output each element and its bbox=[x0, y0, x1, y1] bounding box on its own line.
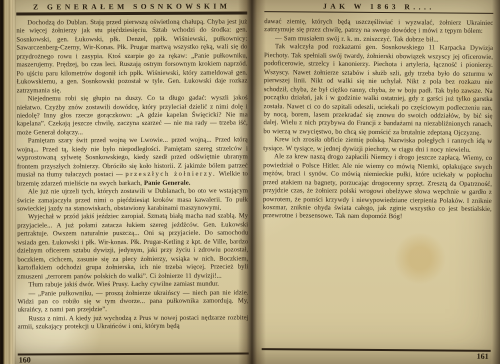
right-footer-rule bbox=[262, 348, 491, 351]
paragraph: Dochodzą do Dublan. Stają przed pierwszą… bbox=[16, 18, 247, 95]
paragraph: Pamiętam szary świt przed wojną we Lwowi… bbox=[17, 137, 248, 189]
paragraph: Rusza z nimi. A kiedy już wychodzą z Pru… bbox=[18, 314, 249, 332]
right-page: JAK W 1863 R.... dawać ziemię, których b… bbox=[262, 0, 494, 364]
right-running-head: JAK W 1863 R.... bbox=[264, 1, 493, 12]
paragraph: Ale już nie ujrzeli tych, których zostaw… bbox=[17, 188, 248, 214]
left-page-number: 160 bbox=[19, 355, 31, 364]
text-segment-letterspaced: przeszłych żołnierzy. bbox=[125, 171, 216, 178]
left-page-text: Dochodzą do Dublan. Stają przed pierwszą… bbox=[16, 18, 248, 332]
left-footer-rule bbox=[18, 352, 249, 355]
left-page: Z GENERAŁEM SOSNKOWSKIM Dochodzą do Dubl… bbox=[16, 0, 249, 364]
book-right-edge bbox=[492, 0, 500, 364]
paragraph: Tłum rabuje jakiś dwór. Wieś Prusy. Łach… bbox=[17, 281, 248, 290]
left-running-head: Z GENERAŁEM SOSNKOWSKIM bbox=[16, 1, 247, 11]
right-page-text: dawać ziemię, których będą uszczęśliwiać… bbox=[263, 18, 494, 223]
paragraph: Ale za krew naszą drogo zapłacili Niemcy… bbox=[263, 153, 493, 222]
paragraph: Wyjechał w przód jakiś jeździec zaropiał… bbox=[17, 213, 248, 282]
book-spread: Z GENERAŁEM SOSNKOWSKIM Dochodzą do Dubl… bbox=[0, 0, 500, 364]
right-page-number: 161 bbox=[477, 352, 489, 361]
book-page-edges bbox=[0, 0, 16, 364]
paragraph: Tak walczyła pod rozkazami gen. Sosnkows… bbox=[263, 43, 493, 138]
left-header-rule bbox=[16, 11, 247, 15]
paragraph: — „Panie pułkowniku, — proszą żołnierze … bbox=[17, 289, 248, 315]
paragraph: Krew ich zrosiła obficie ziemię polską. … bbox=[263, 136, 492, 155]
paragraph-continuation: dawać ziemię, których będą uszczęśliwiać… bbox=[264, 18, 493, 37]
paragraph: Niejednemu robi się głupio na duszy. Co … bbox=[17, 95, 248, 138]
text-segment-bold: Panie Generale. bbox=[144, 179, 190, 186]
